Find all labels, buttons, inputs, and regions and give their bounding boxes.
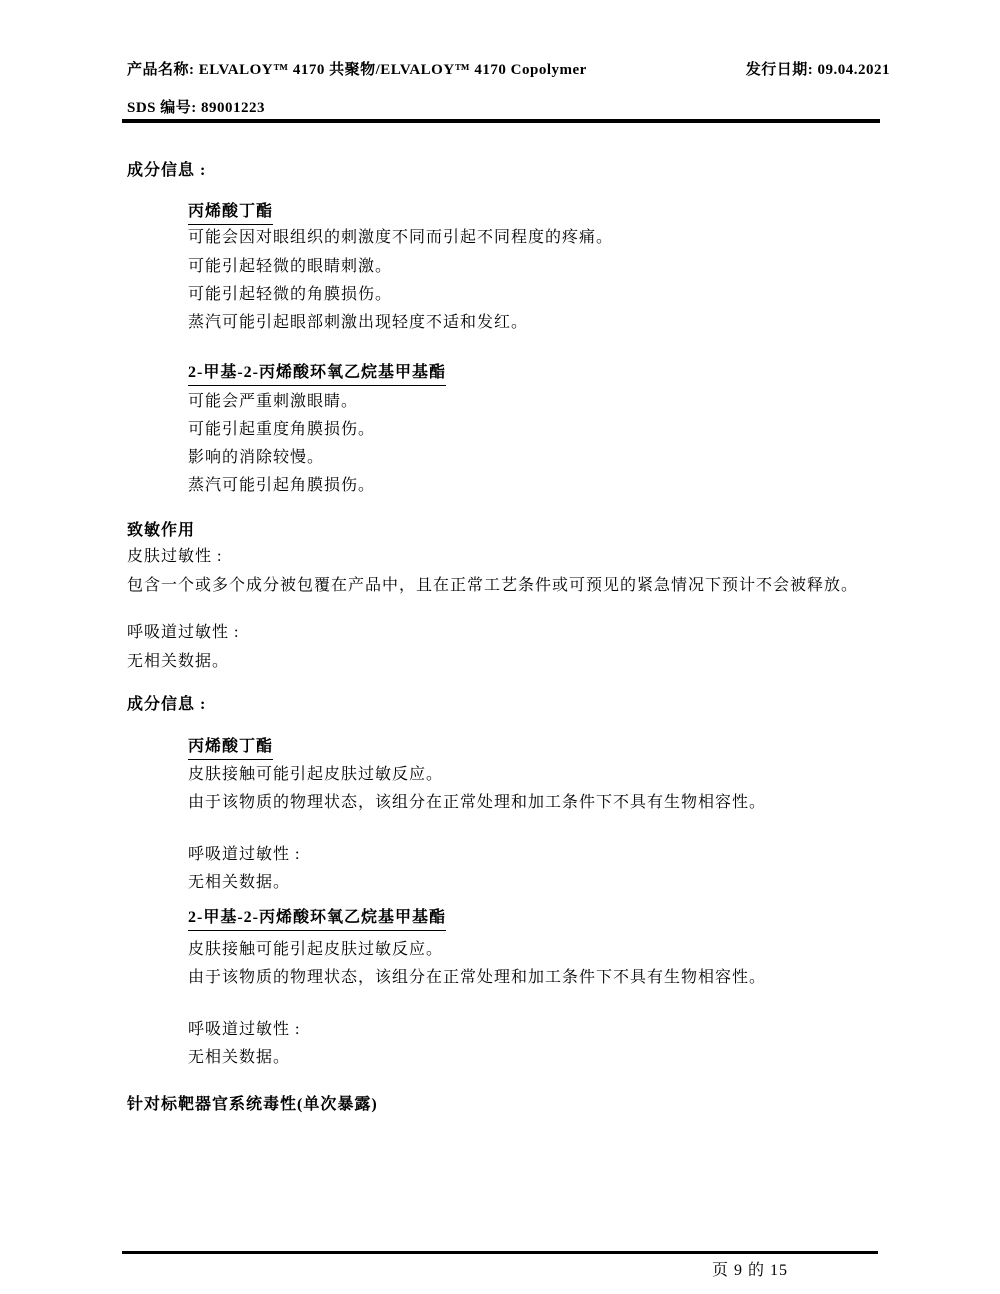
body-line: 呼吸道过敏性 : [188, 1020, 300, 1040]
body-line: 无相关数据。 [188, 1048, 290, 1068]
body-line: 可能会严重刺激眼睛。 [188, 392, 358, 412]
substance-name: 丙烯酸丁酯 [188, 737, 273, 760]
body-line: 可能引起轻微的眼睛刺激。 [188, 257, 392, 277]
body-line: 蒸汽可能引起眼部刺激出现轻度不适和发红。 [188, 313, 528, 333]
issue-date-value: 09.04.2021 [818, 62, 891, 78]
substance-name: 2-甲基-2-丙烯酸环氧乙烷基甲基酯 [188, 363, 446, 386]
page-number: 页 9 的 15 [712, 1257, 788, 1280]
body-line: 包含一个或多个成分被包覆在产品中，且在正常工艺条件或可预见的紧急情况下预计不会被… [127, 576, 858, 596]
sds-number-label: SDS 编号: [127, 100, 197, 116]
body-line: 无相关数据。 [188, 873, 290, 893]
section-heading: 成分信息 : [127, 161, 206, 181]
body-line: 影响的消除较慢。 [188, 448, 324, 468]
body-line: 皮肤接触可能引起皮肤过敏反应。 [188, 765, 443, 785]
sds-document-page: 产品名称: ELVALOY™ 4170 共聚物/ELVALOY™ 4170 Co… [0, 0, 1000, 1294]
product-name-label: 产品名称: [127, 62, 195, 78]
substance-name: 丙烯酸丁酯 [188, 202, 273, 225]
header-rule [122, 119, 880, 123]
document-header: 产品名称: ELVALOY™ 4170 共聚物/ELVALOY™ 4170 Co… [127, 61, 890, 80]
body-line: 由于该物质的物理状态，该组分在正常处理和加工条件下不具有生物相容性。 [188, 793, 766, 813]
body-line: 蒸汽可能引起角膜损伤。 [188, 476, 375, 496]
body-line: 可能引起轻微的角膜损伤。 [188, 285, 392, 305]
body-line: 无相关数据。 [127, 652, 229, 672]
product-name-value: ELVALOY™ 4170 共聚物/ELVALOY™ 4170 Copolyme… [199, 62, 587, 78]
body-line: 呼吸道过敏性 : [188, 845, 300, 865]
section-heading: 致敏作用 [127, 521, 195, 541]
sds-number-line: SDS 编号: 89001223 [127, 99, 265, 118]
body-line: 皮肤过敏性 : [127, 547, 222, 567]
section-heading: 针对标靶器官系统毒性(单次暴露) [127, 1095, 378, 1115]
body-line: 呼吸道过敏性 : [127, 623, 239, 643]
issue-date-line: 发行日期: 09.04.2021 [746, 61, 890, 80]
footer-rule [122, 1251, 878, 1254]
product-name-line: 产品名称: ELVALOY™ 4170 共聚物/ELVALOY™ 4170 Co… [127, 61, 587, 80]
body-line: 可能会因对眼组织的刺激度不同而引起不同程度的疼痛。 [188, 228, 613, 248]
substance-name: 2-甲基-2-丙烯酸环氧乙烷基甲基酯 [188, 908, 446, 931]
body-line: 皮肤接触可能引起皮肤过敏反应。 [188, 940, 443, 960]
issue-date-label: 发行日期: [746, 62, 814, 78]
body-line: 由于该物质的物理状态，该组分在正常处理和加工条件下不具有生物相容性。 [188, 968, 766, 988]
sds-number-value: 89001223 [201, 100, 265, 116]
section-heading: 成分信息 : [127, 695, 206, 715]
body-line: 可能引起重度角膜损伤。 [188, 420, 375, 440]
